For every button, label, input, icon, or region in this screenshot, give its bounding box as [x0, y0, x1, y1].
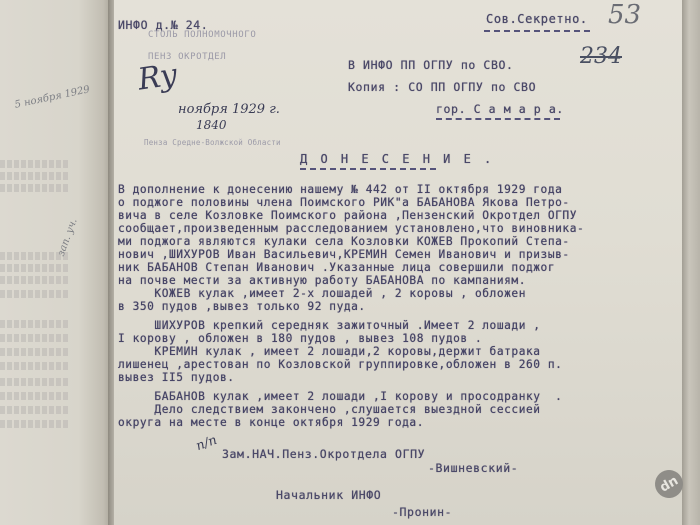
body-line: I корову , обложен в 180 пудов , вывез 1…	[118, 332, 648, 345]
bleed-through-text	[0, 420, 70, 428]
document-title: Д О Н Е С Е Н И Е .	[300, 152, 494, 166]
bleed-through-text	[0, 160, 70, 168]
report-body: В дополнение к донесению нашему № 442 от…	[118, 183, 648, 429]
chief-name: -Пронин-	[392, 505, 452, 519]
bleed-through-text	[0, 392, 70, 400]
bleed-through-text	[0, 362, 70, 370]
resolution-signature: Ry	[136, 57, 180, 97]
folio-number: 53	[608, 0, 641, 30]
bleed-through-text	[0, 406, 70, 414]
bleed-through-text	[0, 184, 70, 192]
faded-stamp-line: Пенза Средне-Волжской Области	[144, 138, 281, 147]
deputy-name: -Вишневский-	[428, 461, 518, 475]
body-line: БАБАНОВ кулак ,имеет 2 лошади ,I корову …	[118, 390, 648, 403]
body-line: сообщает,произведенным расследованием ус…	[118, 222, 648, 235]
bleed-through-text	[0, 172, 70, 180]
body-line: вича в селе Козловке Поимского района ,П…	[118, 209, 648, 222]
body-line: лишенец ,арестован по Козловской группир…	[118, 358, 648, 371]
body-line: ми поджога являются кулаки села Козловки…	[118, 235, 648, 248]
handwritten-number: 1840	[196, 118, 227, 132]
body-line: округа на месте в конце октября 1929 год…	[118, 416, 648, 429]
copy-to-line: Копия : СО ПП ОГПУ по СВО	[348, 80, 536, 94]
bleed-through-text	[0, 334, 70, 342]
city-underline	[436, 118, 560, 120]
bleed-through-text	[0, 320, 70, 328]
bleed-through-text	[0, 348, 70, 356]
body-line: нович ,ШИХУРОВ Иван Васильевич,КРЕМИН Се…	[118, 248, 648, 261]
bleed-through-text	[0, 290, 70, 298]
faded-stamp-line: СТОЛЬ ПОЛНОМОЧНОГО	[148, 30, 256, 40]
bleed-through-text	[0, 378, 70, 386]
body-line: Дело следствием закончено ,слушается вые…	[118, 403, 648, 416]
margin-pencil-note: 5 ноября 1929	[14, 84, 91, 111]
classification-stamp: Сов.Секретно.	[486, 12, 588, 26]
left-facing-page: 5 ноября 1929 зап. уч.	[0, 0, 112, 525]
page-edge	[682, 0, 700, 525]
body-line: вывез II5 пудов.	[118, 371, 648, 384]
body-line: ник БАБАНОВ Степан Иванович .Указанные л…	[118, 261, 648, 274]
title-underline	[300, 168, 436, 170]
bleed-through-text	[0, 276, 70, 284]
body-line: о поджоге половины члена Поимского РИК"а…	[118, 196, 648, 209]
body-line: ШИХУРОВ крепкий середняк зажиточный .Име…	[118, 319, 648, 332]
body-line: в 350 пудов ,вывез только 92 пуда.	[118, 300, 648, 313]
crossed-folio-number: 234	[580, 44, 622, 69]
chief-title: Начальник ИНФО	[276, 488, 381, 502]
margin-pencil-note: зап. уч.	[56, 217, 80, 258]
body-line: В дополнение к донесению нашему № 442 от…	[118, 183, 648, 196]
bleed-through-text	[0, 264, 70, 272]
body-line: КРЕМИН кулак , имеет 2 лошади,2 коровы,д…	[118, 345, 648, 358]
body-line: КОЖЕВ кулак ,имеет 2-х лошадей , 2 коров…	[118, 287, 648, 300]
city-line: гор. С а м а р а.	[436, 102, 564, 116]
addressee-line: В ИНФО ПП ОГПУ по СВО.	[348, 58, 514, 72]
classification-underline	[484, 30, 590, 32]
handwritten-date: ноября 1929 г.	[178, 102, 280, 117]
deputy-title: Зам.НАЧ.Пенз.Окротдела ОГПУ	[222, 447, 425, 461]
body-line: на почве мести за активную работу БАБАНО…	[118, 274, 648, 287]
